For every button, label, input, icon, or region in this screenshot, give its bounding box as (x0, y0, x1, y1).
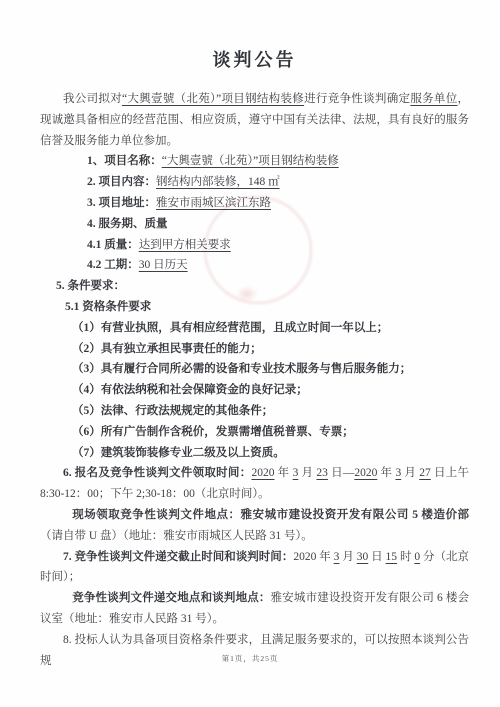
item-project-name: 1、项目名称：“大興壹號（北苑）”项目钢结构装修 (87, 151, 469, 172)
reg-sep-3: 日— (328, 467, 354, 479)
item-quality: 4.1 质量：达到甲方相关要求 (87, 235, 469, 256)
deadline-sep-2: 日 (368, 551, 385, 563)
item-project-content: 2. 项目内容：钢结构内部装修，148 ㎡ (87, 172, 469, 193)
pickup-location-label: 现场领取竞争性谈判文件地点： (72, 509, 240, 521)
intro-paragraph: 我公司拟对“大興壹號（北苑）”项目钢结构装修进行竞争性谈判确定服务单位，现诚邀具… (40, 89, 469, 151)
subsection-qualification-label: 5.1 资格条件要求 (65, 301, 151, 313)
item-quality-value: 达到甲方相关要求 (139, 239, 231, 251)
condition-item-3: （3）具有履行合同所必需的设备和专业技术服务与售后服务能力； (72, 359, 469, 380)
item-project-name-label: 1、项目名称： (87, 155, 162, 167)
deadline-label: 7. 竞争性谈判文件递交截止时间和谈判时间： (63, 551, 293, 563)
condition-item-4: （4）有依法纳税和社会保障资金的良好记录； (72, 380, 469, 401)
item-quality-label: 4.1 质量： (87, 239, 139, 251)
condition-item-2: （2）具有独立承担民事责任的能力； (72, 339, 469, 360)
deadline-hour: 15 (386, 551, 398, 563)
item-duration-value: 30 日历天 (139, 259, 188, 271)
reg-sep-2: 月 (298, 467, 316, 479)
reg-sep-1: 年 (274, 467, 292, 479)
section-requirements-label: 5. 条件要求： (56, 280, 125, 292)
deadline-pre: 2020 年 (293, 551, 333, 563)
condition-item-7: （7）建筑装饰装修专业二级及以上资质。 (72, 443, 469, 464)
subsection-qualification-heading: 5.1 资格条件要求 (65, 297, 469, 318)
section-requirements-heading: 5. 条件要求： (56, 276, 469, 297)
item-service-quality-heading: 4. 服务期、质量 (87, 214, 469, 235)
registration-time-label: 6. 报名及竞争性谈判文件领取时间： (63, 467, 251, 479)
reg-year-1: 2020 (251, 467, 274, 479)
service-unit-underlined: 服务单位 (410, 93, 457, 105)
reg-sep-4: 年 (377, 467, 395, 479)
item-project-content-value: 钢结构内部装修，148 ㎡ (156, 176, 280, 188)
page-title: 谈判公告 (40, 46, 469, 72)
condition-item-6: （6）所有广告制作含税价，发票需增值税普票、专票； (72, 422, 469, 443)
intro-text-mid: 进行竞争性谈判确定 (304, 93, 410, 105)
intro-text-pre: 我公司拟对 (63, 93, 122, 105)
document-content: 谈判公告 我公司拟对“大興壹號（北苑）”项目钢结构装修进行竞争性谈判确定服务单位… (40, 46, 469, 671)
item-project-address: 3. 项目地址：雅安市雨城区滨江东路 (87, 193, 469, 214)
reg-sep-5: 月 (401, 467, 419, 479)
item-duration-label: 4.2 工期： (87, 259, 139, 271)
item-duration: 4.2 工期：30 日历天 (87, 255, 469, 276)
pickup-location-paragraph: 现场领取竞争性谈判文件地点：雅安城市建设投资开发有限公司 5 楼造价部（请自带 … (40, 505, 469, 547)
reg-day-1: 23 (316, 467, 328, 479)
item-project-address-value: 雅安市雨城区滨江东路 (156, 197, 271, 209)
deadline-day: 30 (357, 551, 369, 563)
condition-item-1: （1）有营业执照，具有相应经营范围，且成立时间一年以上； (72, 318, 469, 339)
pickup-location-tail: （请自带 U 盘）（地址：雅安市雨城区人民路 31 号）。 (40, 530, 313, 542)
item-project-content-label: 2. 项目内容： (87, 176, 156, 188)
condition-item-5: （5）法律、行政法规规定的其他条件； (72, 401, 469, 422)
pickup-location-company: 雅安城市建设投资开发有限公司 5 楼造价部 (241, 509, 469, 521)
footer-page-number: 第1页，共25页 (0, 653, 500, 664)
bidder-note-paragraph: 8. 投标人认为具备项目资格条件要求，且满足服务要求的，可以按照本谈判公告规 (40, 630, 469, 672)
reg-year-2: 2020 (354, 467, 377, 479)
deadline-paragraph: 7. 竞争性谈判文件递交截止时间和谈判时间：2020 年 3 月 30 日 15… (40, 547, 469, 589)
project-name-underlined: “大興壹號（北苑）”项目钢结构装修 (122, 93, 304, 105)
venue-paragraph: 竞争性谈判文件递交地点和谈判地点：雅安城市建设投资开发有限公司 6 楼会议室（地… (40, 588, 469, 630)
venue-label: 竞争性谈判文件递交地点和谈判地点： (72, 592, 270, 604)
deadline-sep-3: 时 (397, 551, 414, 563)
deadline-sep-1: 月 (339, 551, 356, 563)
item-service-quality-label: 4. 服务期、质量 (87, 218, 168, 230)
registration-time-paragraph: 6. 报名及竞争性谈判文件领取时间：2020 年 3 月 23 日—2020 年… (40, 463, 469, 505)
reg-day-2: 27 (419, 467, 431, 479)
item-project-address-label: 3. 项目地址： (87, 197, 156, 209)
document-page: 谈判公告 我公司拟对“大興壹號（北苑）”项目钢结构装修进行竞争性谈判确定服务单位… (0, 0, 500, 707)
item-project-name-value: “大興壹號（北苑）”项目钢结构装修 (162, 155, 339, 167)
